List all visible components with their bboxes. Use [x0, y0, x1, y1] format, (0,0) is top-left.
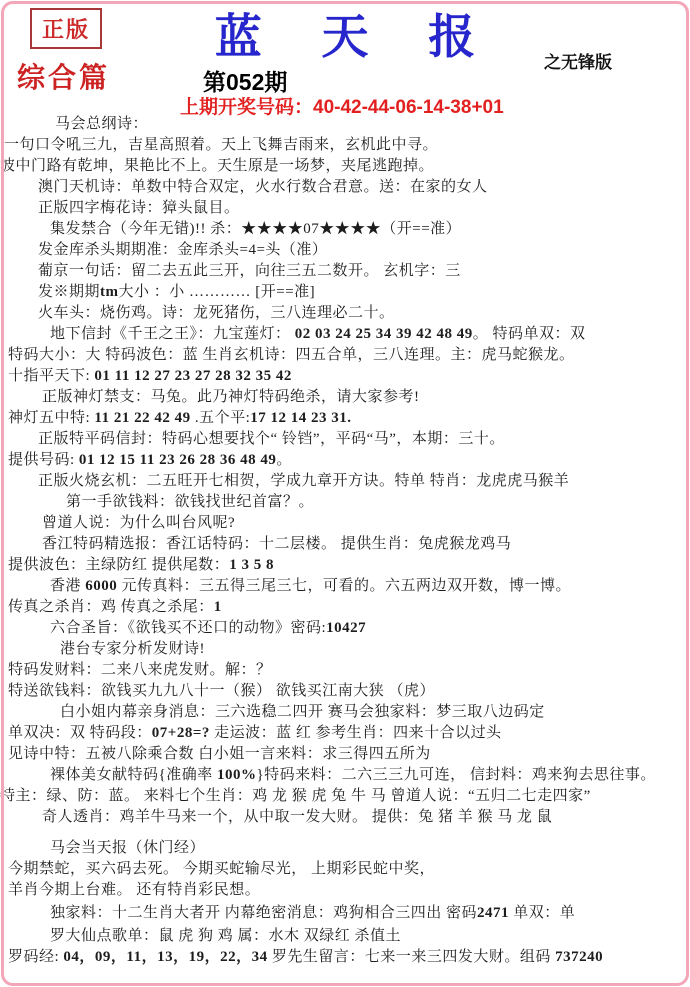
doc-line: 神灯五中特: 11 21 22 42 49 .五个平:17 12 14 23 3…	[0, 408, 690, 429]
doc-line: 白小姐内幕亲身消息：三六选稳二四开 赛马会独家料：梦三取八边码定	[0, 702, 690, 723]
doc-line: 今期禁蛇，买六码去死。 今期买蛇输尽光， 上期彩民蛇中奖，	[0, 859, 690, 880]
doc-line: 马会当天报（休门经）	[0, 838, 690, 859]
doc-line: 澳门天机诗：单数中特合双定，火水行数合君意。送：在家的女人	[0, 177, 690, 198]
doc-line: 奇人透肖：鸡羊牛马来一个，从中取一发大财。 提供：兔 猪 羊 猴 马 龙 鼠	[0, 807, 690, 828]
doc-line: 提供波色：主绿防红 提供尾数：1 3 5 8	[0, 555, 690, 576]
doc-line: 正版特平码信封：特码心想要找个“ 铃铛”，平码“马”，本期：三十。	[0, 429, 690, 450]
last-draw-numbers: 上期开奖号码：40-42-44-06-14-38+01	[180, 92, 504, 119]
doc-line: 提供号码: 01 12 15 11 23 26 28 36 48 49。	[0, 450, 690, 471]
doc-line: 波中门路有乾坤，果艳比不上。天生原是一场梦，夹尾逃跑掉。	[0, 156, 690, 177]
doc-line: 集发禁合（今年无错)!! 杀：★★★★07★★★★（开==准）	[0, 219, 690, 240]
doc-line: 独家料：十二生肖大者开 内幕绝密消息：鸡狗相合三四出 密码2471 单双：单	[0, 903, 690, 924]
report-body: 马会总纲诗： 一句口令吼三九，吉星高照着。天上飞舞吉雨来，玄机此中寻。 波中门路…	[0, 108, 690, 968]
doc-line: 罗码经: 04，09，11，13，19，22，34 罗先生留言：七来一来三四发大…	[0, 947, 690, 968]
doc-line: 正版火烧玄机：二五旺开七相贺，学成九章开方诀。特单 特肖：龙虎虎马猴羊	[0, 471, 690, 492]
doc-line: 特主：绿、防：蓝。 来料七个生肖：鸡 龙 猴 虎 兔 牛 马 曾道人说：“五归二…	[0, 786, 690, 807]
doc-line: 曾道人说：为什么叫台风呢?	[0, 513, 690, 534]
doc-line: 地下信封《千王之王》：九宝莲灯： 02 03 24 25 34 39 42 48…	[0, 324, 690, 345]
doc-line: 传真之杀肖：鸡 传真之杀尾：1	[0, 597, 690, 618]
doc-line: 香港 6000 元传真料：三五得三尾三七，可看的。六五两边双开数，博一博。	[0, 576, 690, 597]
report-header: 正版 蓝 天 报 之无锋版 综合篇 第052期 上期开奖号码：40-42-44-…	[0, 0, 690, 108]
doc-line: 香江特码精选报：香江话特码：十二层楼。 提供生肖：兔虎猴龙鸡马	[0, 534, 690, 555]
doc-line: 正版四字梅花诗：獐头鼠目。	[0, 198, 690, 219]
doc-line: 羊肖今期上台难。 还有特肖彩民想。	[0, 880, 690, 901]
doc-line: 罗大仙点歌单：鼠 虎 狗 鸡 属：水木 双绿红 杀值土	[0, 926, 690, 947]
doc-line: 第一手欲钱料：欲钱找世纪首富？。	[0, 492, 690, 513]
section-label: 综合篇	[17, 56, 110, 96]
doc-line: 特送欲钱料：欲钱买九九八十一（猴） 欲钱买江南大狭 （虎）	[0, 681, 690, 702]
doc-line: 发金库杀头期期准：金库杀头=4=头（准）	[0, 240, 690, 261]
doc-line: 特码大小：大 特码波色：蓝 生肖玄机诗：四五合单，三八连理。主：虎马蛇猴龙。	[0, 345, 690, 366]
doc-line: 特码发财料：二来八来虎发财。解：？	[0, 660, 690, 681]
doc-line: 裸体美女献特码{准确率 100%}特码来料：二六三三九可连， 信封料：鸡来狗去思…	[0, 765, 690, 786]
doc-line: 葡京一句话：留二去五此三开，向往三五二数开。 玄机字：三	[0, 261, 690, 282]
doc-line: 发※期期tm大小 ：小 ………… [开==准]	[0, 282, 690, 303]
doc-line: 正版神灯禁支：马兔。此乃神灯特码绝杀，请大家参考!	[0, 387, 690, 408]
doc-line: 港台专家分析发财诗!	[0, 639, 690, 660]
doc-line: 一句口令吼三九，吉星高照着。天上飞舞吉雨来，玄机此中寻。	[0, 135, 690, 156]
doc-line: 单双决：双 特码段：07+28=? 走运波：蓝 红 参考生肖：四来十合以过头	[0, 723, 690, 744]
doc-line: 见诗中特：五被八除乘合数 白小姐一言来料：求三得四五所为	[0, 744, 690, 765]
doc-line: 六合圣旨：《欲钱买不还口的动物》密码:10427	[0, 618, 690, 639]
doc-line: 火车头：烧伤鸡。诗：龙死猪伤，三八连理必二十。	[0, 303, 690, 324]
doc-line: 十指平天下: 01 11 12 27 23 27 28 32 35 42	[0, 366, 690, 387]
edition-label: 之无锋版	[544, 48, 612, 73]
